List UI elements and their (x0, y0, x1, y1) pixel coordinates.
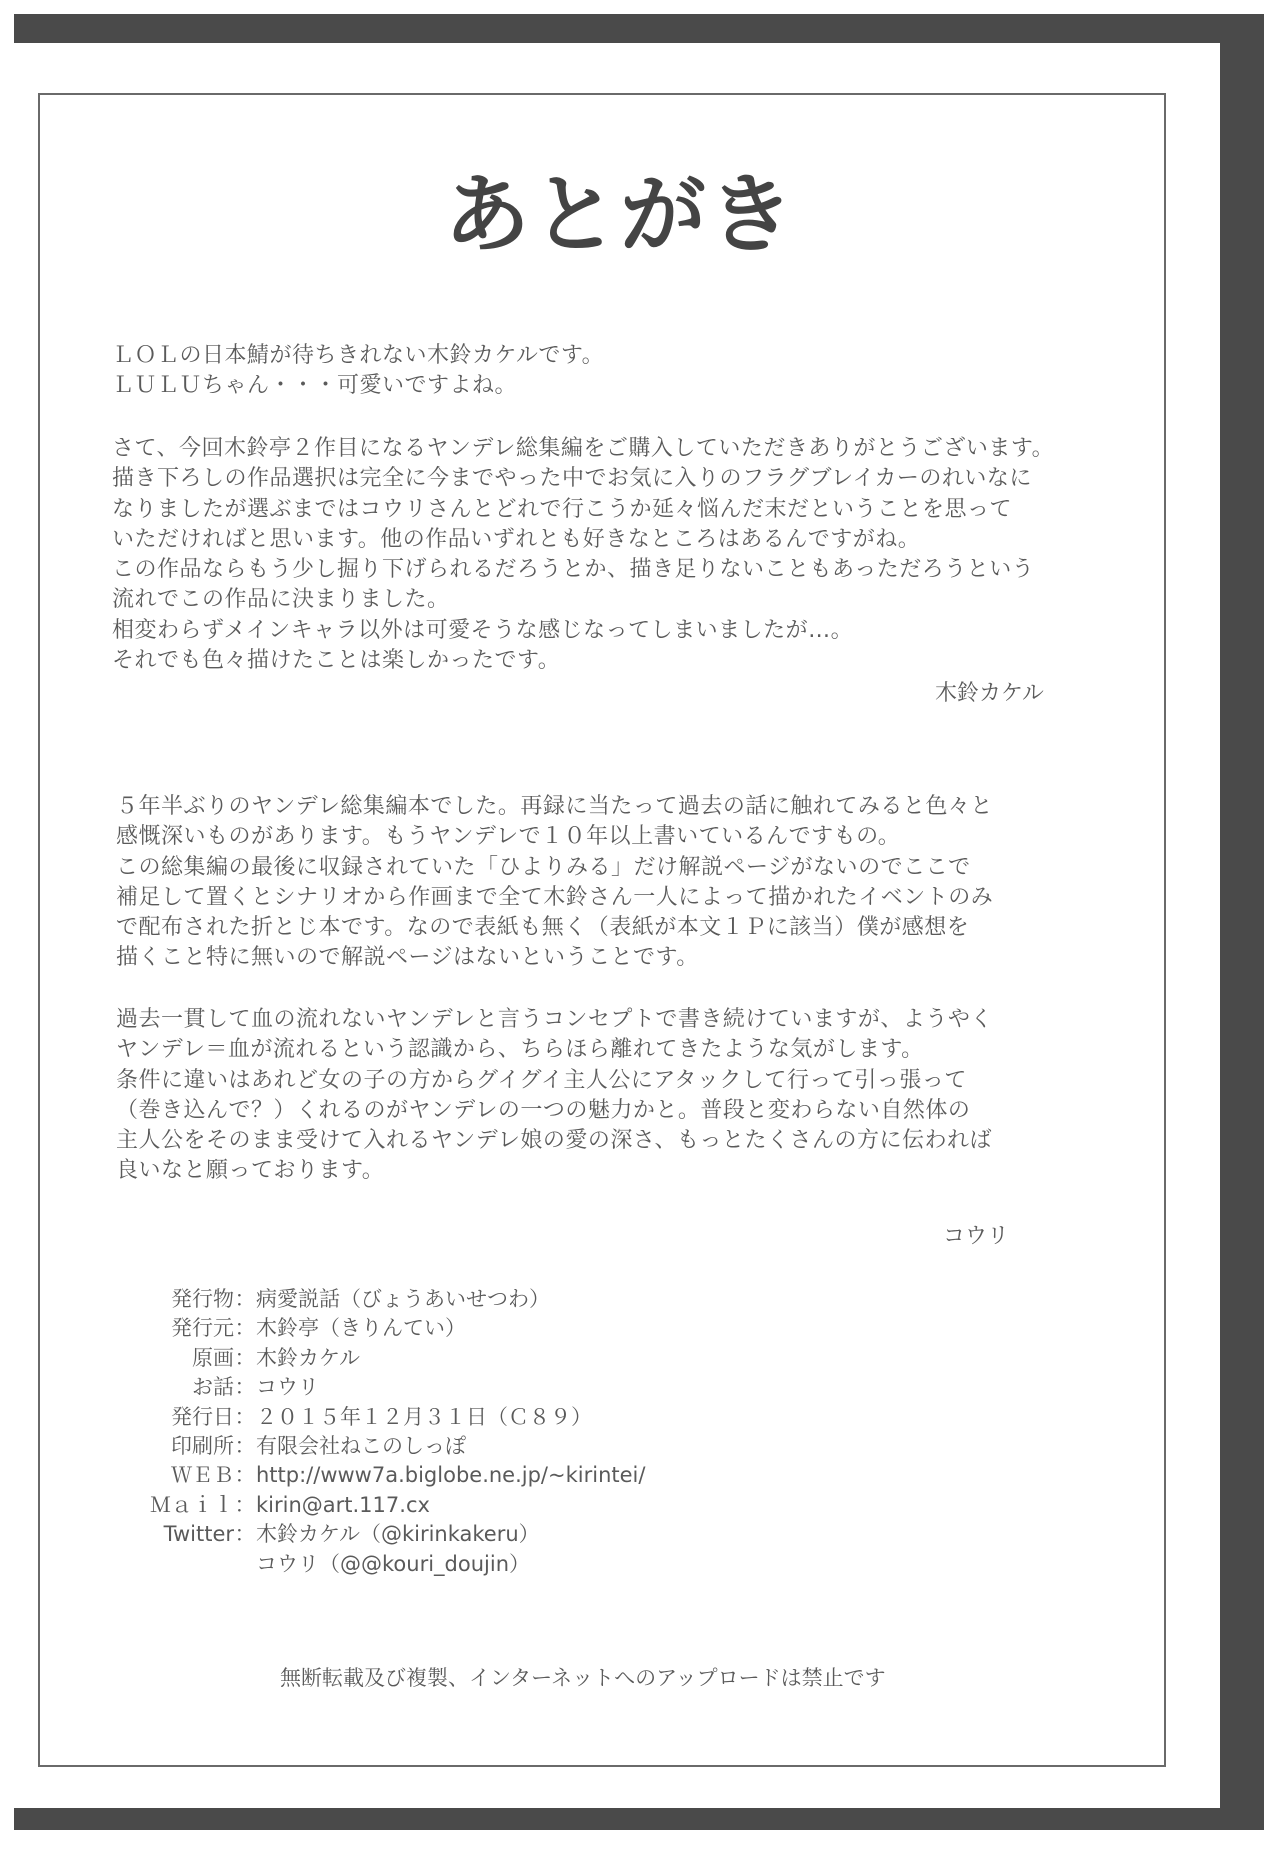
colophon-row-publication: 発行物 ： 病愛説話（びょうあいせつわ） (120, 1285, 645, 1314)
colophon-separator: ： (234, 1432, 256, 1461)
text-line: で配布された折とじ本です。なので表紙も無く（表紙が本文１Ｐに該当）僕が感想を (116, 913, 993, 943)
colophon-row-story: お話 ： コウリ (120, 1373, 645, 1402)
text-line: 条件に違いはあれど女の子の方からグイグイ主人公にアタックして行って引っ張って (116, 1066, 993, 1096)
text-line: 描くこと特に無いので解説ページはないということです。 (116, 943, 993, 973)
text-line: いただければと思います。他の作品いずれとも好きなところはあるんですがね。 (112, 525, 1054, 555)
text-line: ＬＯＬの日本鯖が待ちきれない木鈴カケルです。 (112, 341, 604, 371)
text-line: ヤンデレ＝血が流れるという認識から、ちらほら離れてきたような気がします。 (116, 1035, 993, 1065)
colophon-row-printer: 印刷所 ： 有限会社ねこのしっぽ (120, 1432, 645, 1461)
colophon-row-artist: 原画 ： 木鈴カケル (120, 1344, 645, 1373)
copyright-notice: 無断転載及び複製、インターネットへのアップロードは禁止です (280, 1662, 886, 1692)
kouri-paragraph-2: 過去一貫して血の流れないヤンデレと言うコンセプトで書き続けていますが、ようやく … (116, 1005, 993, 1187)
text-line: （巻き込んで？）くれるのがヤンデレの一つの魅力かと。普段と変わらない自然体の (116, 1096, 993, 1126)
text-line: 主人公をそのまま受けて入れるヤンデレ娘の愛の深さ、もっとたくさんの方に伝われば (116, 1126, 993, 1156)
page-title: あとがき (0, 160, 1240, 270)
colophon-label: 発行物 (120, 1285, 234, 1314)
colophon-label: お話 (120, 1373, 234, 1402)
colophon-row-web: ＷＥＢ ： http://www7a.biglobe.ne.jp/~kirint… (120, 1461, 645, 1490)
email-address: kirin@art.117.cx (256, 1491, 430, 1520)
colophon-label: 印刷所 (120, 1432, 234, 1461)
signature-kouri: コウリ (943, 1219, 1009, 1250)
colophon-separator: ： (234, 1461, 256, 1490)
twitter-handle: 木鈴カケル（@kirinkakeru） (256, 1520, 540, 1549)
colophon-label: Twitter (120, 1520, 234, 1549)
colophon-value: 有限会社ねこのしっぽ (256, 1432, 466, 1461)
text-line: それでも色々描けたことは楽しかったです。 (112, 646, 1054, 676)
text-line: さて、今回木鈴亭２作目になるヤンデレ総集編をご購入していただきありがとうございま… (112, 434, 1054, 464)
text-line: 過去一貫して血の流れないヤンデレと言うコンセプトで書き続けていますが、ようやく (116, 1005, 993, 1035)
frame-bar-right (1220, 14, 1264, 1830)
colophon-separator: ： (234, 1285, 256, 1314)
text-line: 補足して置くとシナリオから作画まで全て木鈴さん一人によって描かれたイベントのみ (116, 883, 993, 913)
text-line: なりましたが選ぶまではコウリさんとどれで行こうか延々悩んだ末だということを思って (112, 495, 1054, 525)
colophon-row-mail: Ｍａｉｌ ： kirin@art.117.cx (120, 1491, 645, 1520)
colophon-separator: ： (234, 1314, 256, 1343)
text-line: この作品ならもう少し掘り下げられるだろうとか、描き足りないこともあっただろうとい… (112, 555, 1054, 585)
colophon-value: 病愛説話（びょうあいせつわ） (256, 1285, 550, 1314)
twitter-handle: コウリ（@@kouri_doujin） (256, 1550, 530, 1579)
intro-paragraph: ＬＯＬの日本鯖が待ちきれない木鈴カケルです。 ＬＵＬＵちゃん・・・可愛いですよね… (112, 341, 604, 402)
text-line: ＬＵＬＵちゃん・・・可愛いですよね。 (112, 371, 604, 401)
frame-bar-top (14, 14, 1264, 43)
text-line: 描き下ろしの作品選択は完全に今までやった中でお気に入りのフラグブレイカーのれいな… (112, 464, 1054, 494)
colophon-row-twitter-2: コウリ（@@kouri_doujin） (120, 1550, 645, 1579)
colophon-separator: ： (234, 1491, 256, 1520)
colophon-separator: ： (234, 1403, 256, 1432)
colophon-label: 原画 (120, 1344, 234, 1373)
colophon-label: Ｍａｉｌ (120, 1491, 234, 1520)
web-url: http://www7a.biglobe.ne.jp/~kirintei/ (256, 1461, 645, 1490)
colophon-value: コウリ (256, 1373, 319, 1402)
text-line: 感慨深いものがあります。もうヤンデレで１０年以上書いているんですもの。 (116, 822, 993, 852)
colophon-label (120, 1550, 234, 1579)
text-line: 相変わらずメインキャラ以外は可愛そうな感じなってしまいましたが…。 (112, 616, 1054, 646)
colophon-label: 発行日 (120, 1403, 234, 1432)
frame-bar-bottom (14, 1808, 1264, 1830)
colophon-value: 木鈴カケル (256, 1344, 360, 1373)
colophon-row-date: 発行日 ： ２０１５年１２月３１日（Ｃ８９） (120, 1403, 645, 1432)
text-line: ５年半ぶりのヤンデレ総集編本でした。再録に当たって過去の話に触れてみると色々と (116, 792, 993, 822)
colophon-separator-blank (234, 1550, 256, 1579)
colophon-value: ２０１５年１２月３１日（Ｃ８９） (256, 1403, 592, 1432)
colophon-separator: ： (234, 1520, 256, 1549)
kouri-paragraph-1: ５年半ぶりのヤンデレ総集編本でした。再録に当たって過去の話に触れてみると色々と … (116, 792, 993, 974)
colophon-label: 発行元 (120, 1314, 234, 1343)
colophon-row-publisher: 発行元 ： 木鈴亭（きりんてい） (120, 1314, 645, 1343)
colophon-separator: ： (234, 1373, 256, 1402)
kirin-paragraph: さて、今回木鈴亭２作目になるヤンデレ総集編をご購入していただきありがとうございま… (112, 434, 1054, 676)
colophon-label: ＷＥＢ (120, 1461, 234, 1490)
colophon-separator: ： (234, 1344, 256, 1373)
text-line: この総集編の最後に収録されていた「ひよりみる」だけ解説ページがないのでここで (116, 853, 993, 883)
text-line: 流れでこの作品に決まりました。 (112, 585, 1054, 615)
signature-kirin: 木鈴カケル (935, 676, 1044, 707)
colophon: 発行物 ： 病愛説話（びょうあいせつわ） 発行元 ： 木鈴亭（きりんてい） 原画… (120, 1285, 645, 1579)
text-line: 良いなと願っております。 (116, 1156, 993, 1186)
colophon-value: 木鈴亭（きりんてい） (256, 1314, 466, 1343)
colophon-row-twitter: Twitter ： 木鈴カケル（@kirinkakeru） (120, 1520, 645, 1549)
